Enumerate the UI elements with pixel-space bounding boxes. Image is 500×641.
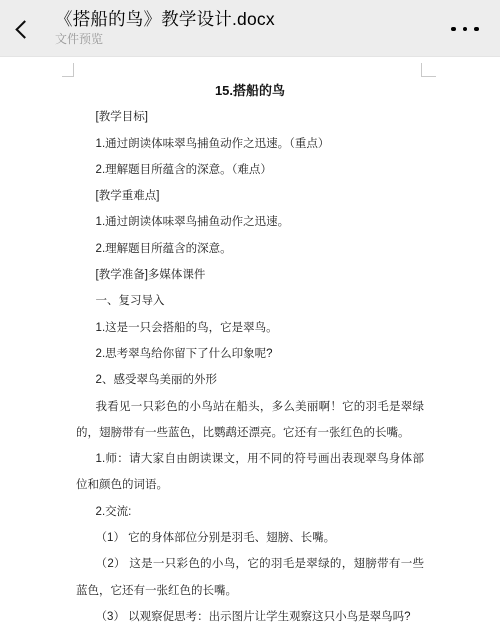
doc-paragraph: 我看见一只彩色的小鸟站在船头，多么美丽啊！它的羽毛是翠绿的，翅膀带有一些蓝色，比… <box>76 394 424 447</box>
document-page[interactable]: 15.搭船的鸟 [教学目标] 1.通过朗读体味翠鸟捕鱼动作之迅速。（重点） 2.… <box>0 57 500 641</box>
doc-paragraph: 2.理解题目所蕴含的深意。（难点） <box>76 157 424 183</box>
document-filename: 《搭船的鸟》教学设计.docx <box>55 8 275 31</box>
app-header: 《搭船的鸟》教学设计.docx 文件预览 <box>0 0 500 57</box>
doc-paragraph: （1） 它的身体部位分别是羽毛、翅膀、长嘴。 <box>76 525 424 551</box>
doc-paragraph: 1.这是一只会搭船的鸟，它是翠鸟。 <box>76 315 424 341</box>
margin-corner-mark-left <box>62 63 74 77</box>
ellipsis-icon <box>474 27 479 32</box>
margin-corner-mark-right <box>421 63 436 77</box>
doc-paragraph: 1.师：请大家自由朗读课文，用不同的符号画出表现翠鸟身体部位和颜色的词语。 <box>76 446 424 499</box>
doc-paragraph: 2、感受翠鸟美丽的外形 <box>76 367 424 393</box>
doc-paragraph: [教学重难点] <box>76 183 424 209</box>
doc-paragraph: 2.理解题目所蕴含的深意。 <box>76 236 424 262</box>
document-content: 15.搭船的鸟 [教学目标] 1.通过朗读体味翠鸟捕鱼动作之迅速。（重点） 2.… <box>76 78 424 630</box>
chevron-left-icon <box>15 20 33 38</box>
file-preview-screen: 《搭船的鸟》教学设计.docx 文件预览 15.搭船的鸟 [教学目标] 1.通过… <box>0 0 500 641</box>
header-title-group: 《搭船的鸟》教学设计.docx 文件预览 <box>55 8 275 47</box>
doc-title: 15.搭船的鸟 <box>76 78 424 104</box>
doc-paragraph: 一、复习导入 <box>76 288 424 314</box>
doc-paragraph: 1.通过朗读体味翠鸟捕鱼动作之迅速。 <box>76 209 424 235</box>
ellipsis-icon <box>463 27 468 32</box>
back-button[interactable] <box>6 12 42 48</box>
doc-paragraph: （3） 以观察促思考：出示图片让学生观察这只小鸟是翠鸟吗? <box>76 604 424 630</box>
doc-paragraph: [教学目标] <box>76 104 424 130</box>
doc-paragraph: 2.交流: <box>76 499 424 525</box>
doc-paragraph: 2.思考翠鸟给你留下了什么印象呢? <box>76 341 424 367</box>
more-options-button[interactable] <box>444 17 486 41</box>
file-preview-label: 文件预览 <box>55 32 275 47</box>
doc-paragraph: [教学准备]多媒体课件 <box>76 262 424 288</box>
ellipsis-icon <box>451 27 456 32</box>
doc-paragraph: 1.通过朗读体味翠鸟捕鱼动作之迅速。（重点） <box>76 131 424 157</box>
doc-paragraph: （2） 这是一只彩色的小鸟，它的羽毛是翠绿的，翅膀带有一些蓝色，它还有一张红色的… <box>76 551 424 604</box>
